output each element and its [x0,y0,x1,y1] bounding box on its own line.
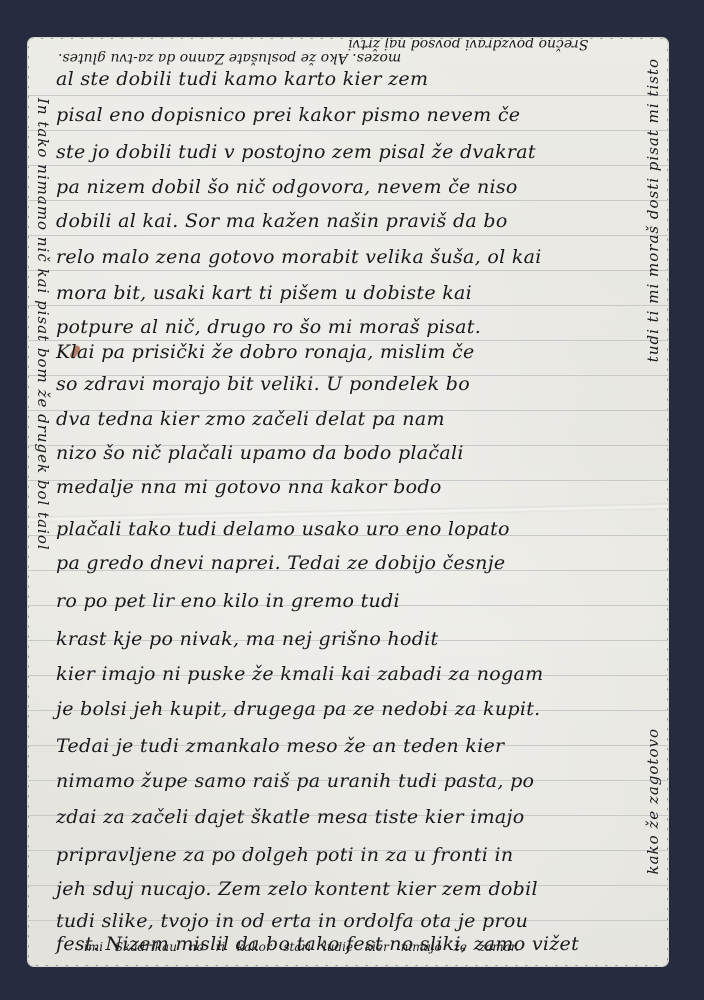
letter-line: plačali tako tudi delamo usako uro eno l… [56,518,638,540]
ruled-line [28,235,668,236]
letter-line: pa nizem dobil šo nič odgovora, nevem če… [56,176,638,198]
letter-line: Klai pa prisički že dobro ronaja, mislim… [56,341,638,363]
ruled-line [28,305,668,306]
letter-line: pa gredo dnevi naprei. Tedai ze dobijo č… [56,552,638,574]
letter-line: nimamo župe samo raiš pa uranih tudi pas… [56,770,638,792]
upside-down-text-2: mozes. Ako že poslušate Zanno da za-tvu … [58,50,401,66]
letter-line: zdai za začeli dajet škatle mesa tiste k… [56,806,638,828]
letter-line: krast kje po nivak, ma nej grišno hodit [56,628,638,650]
ruled-line [28,130,668,131]
ruled-line [28,200,668,201]
letter-line: ste jo dobili tudi v postojno zem pisal … [56,141,638,163]
letter-line: medalje nna mi gotovo nna kakor bodo [56,476,638,498]
letter-line: dva tedna kier zmo začeli delat pa nam [56,408,638,430]
letter-line: je bolsi jeh kupit, drugega pa ze nedobi… [56,698,638,720]
ruled-line [28,270,668,271]
letter-line: tudi slike, tvojo in od erta in ordolfa … [56,910,638,932]
letter-line: nizo šo nič plačali upamo da bodo plačal… [56,442,638,464]
letter-page: Srečno povzdravi povsod naj žrtvi mozes.… [28,38,668,966]
right-margin-text-bottom: kako že zagotovo [644,728,662,875]
letter-line: mora bit, usaki kart ti pišem u dobiste … [56,282,638,304]
letter-line: al ste dobili tudi kamo karto kier zem [56,68,638,90]
letter-line: dobili al kai. Sor ma kažen našin praviš… [56,210,638,232]
letter-line: pisal eno dopisnico prei kakor pismo nev… [56,104,638,126]
letter-line: ro po pet lir eno kilo in gremo tudi [56,590,638,612]
letter-line: relo malo zena gotovo morabit velika šuš… [56,246,638,268]
letter-line: kier imajo ni puske že kmali kai zabadi … [56,663,638,685]
left-margin-text: In tako nimamo nič kai pisat bom že drug… [34,98,52,551]
letter-line: jeh sduj nucajo. Zem zelo kontent kier z… [56,878,638,900]
letter-line: Tedai je tudi zmankalo meso že an teden … [56,735,638,757]
right-margin-text-top: tudi ti mi moraš dosti pisat mi tisto [644,58,662,362]
letter-line: pripravljene za po dolgeh poti in za u f… [56,844,638,866]
ruled-line [28,95,668,96]
letter-line: so zdravi morajo bit veliki. U pondelek … [56,373,638,395]
ruled-line [28,165,668,166]
bottom-margin-text: imi Skadrikau no ri kakor stari ludie ki… [84,940,519,954]
letter-line: potpure al nič, drugo ro šo mi moraš pis… [56,316,638,338]
